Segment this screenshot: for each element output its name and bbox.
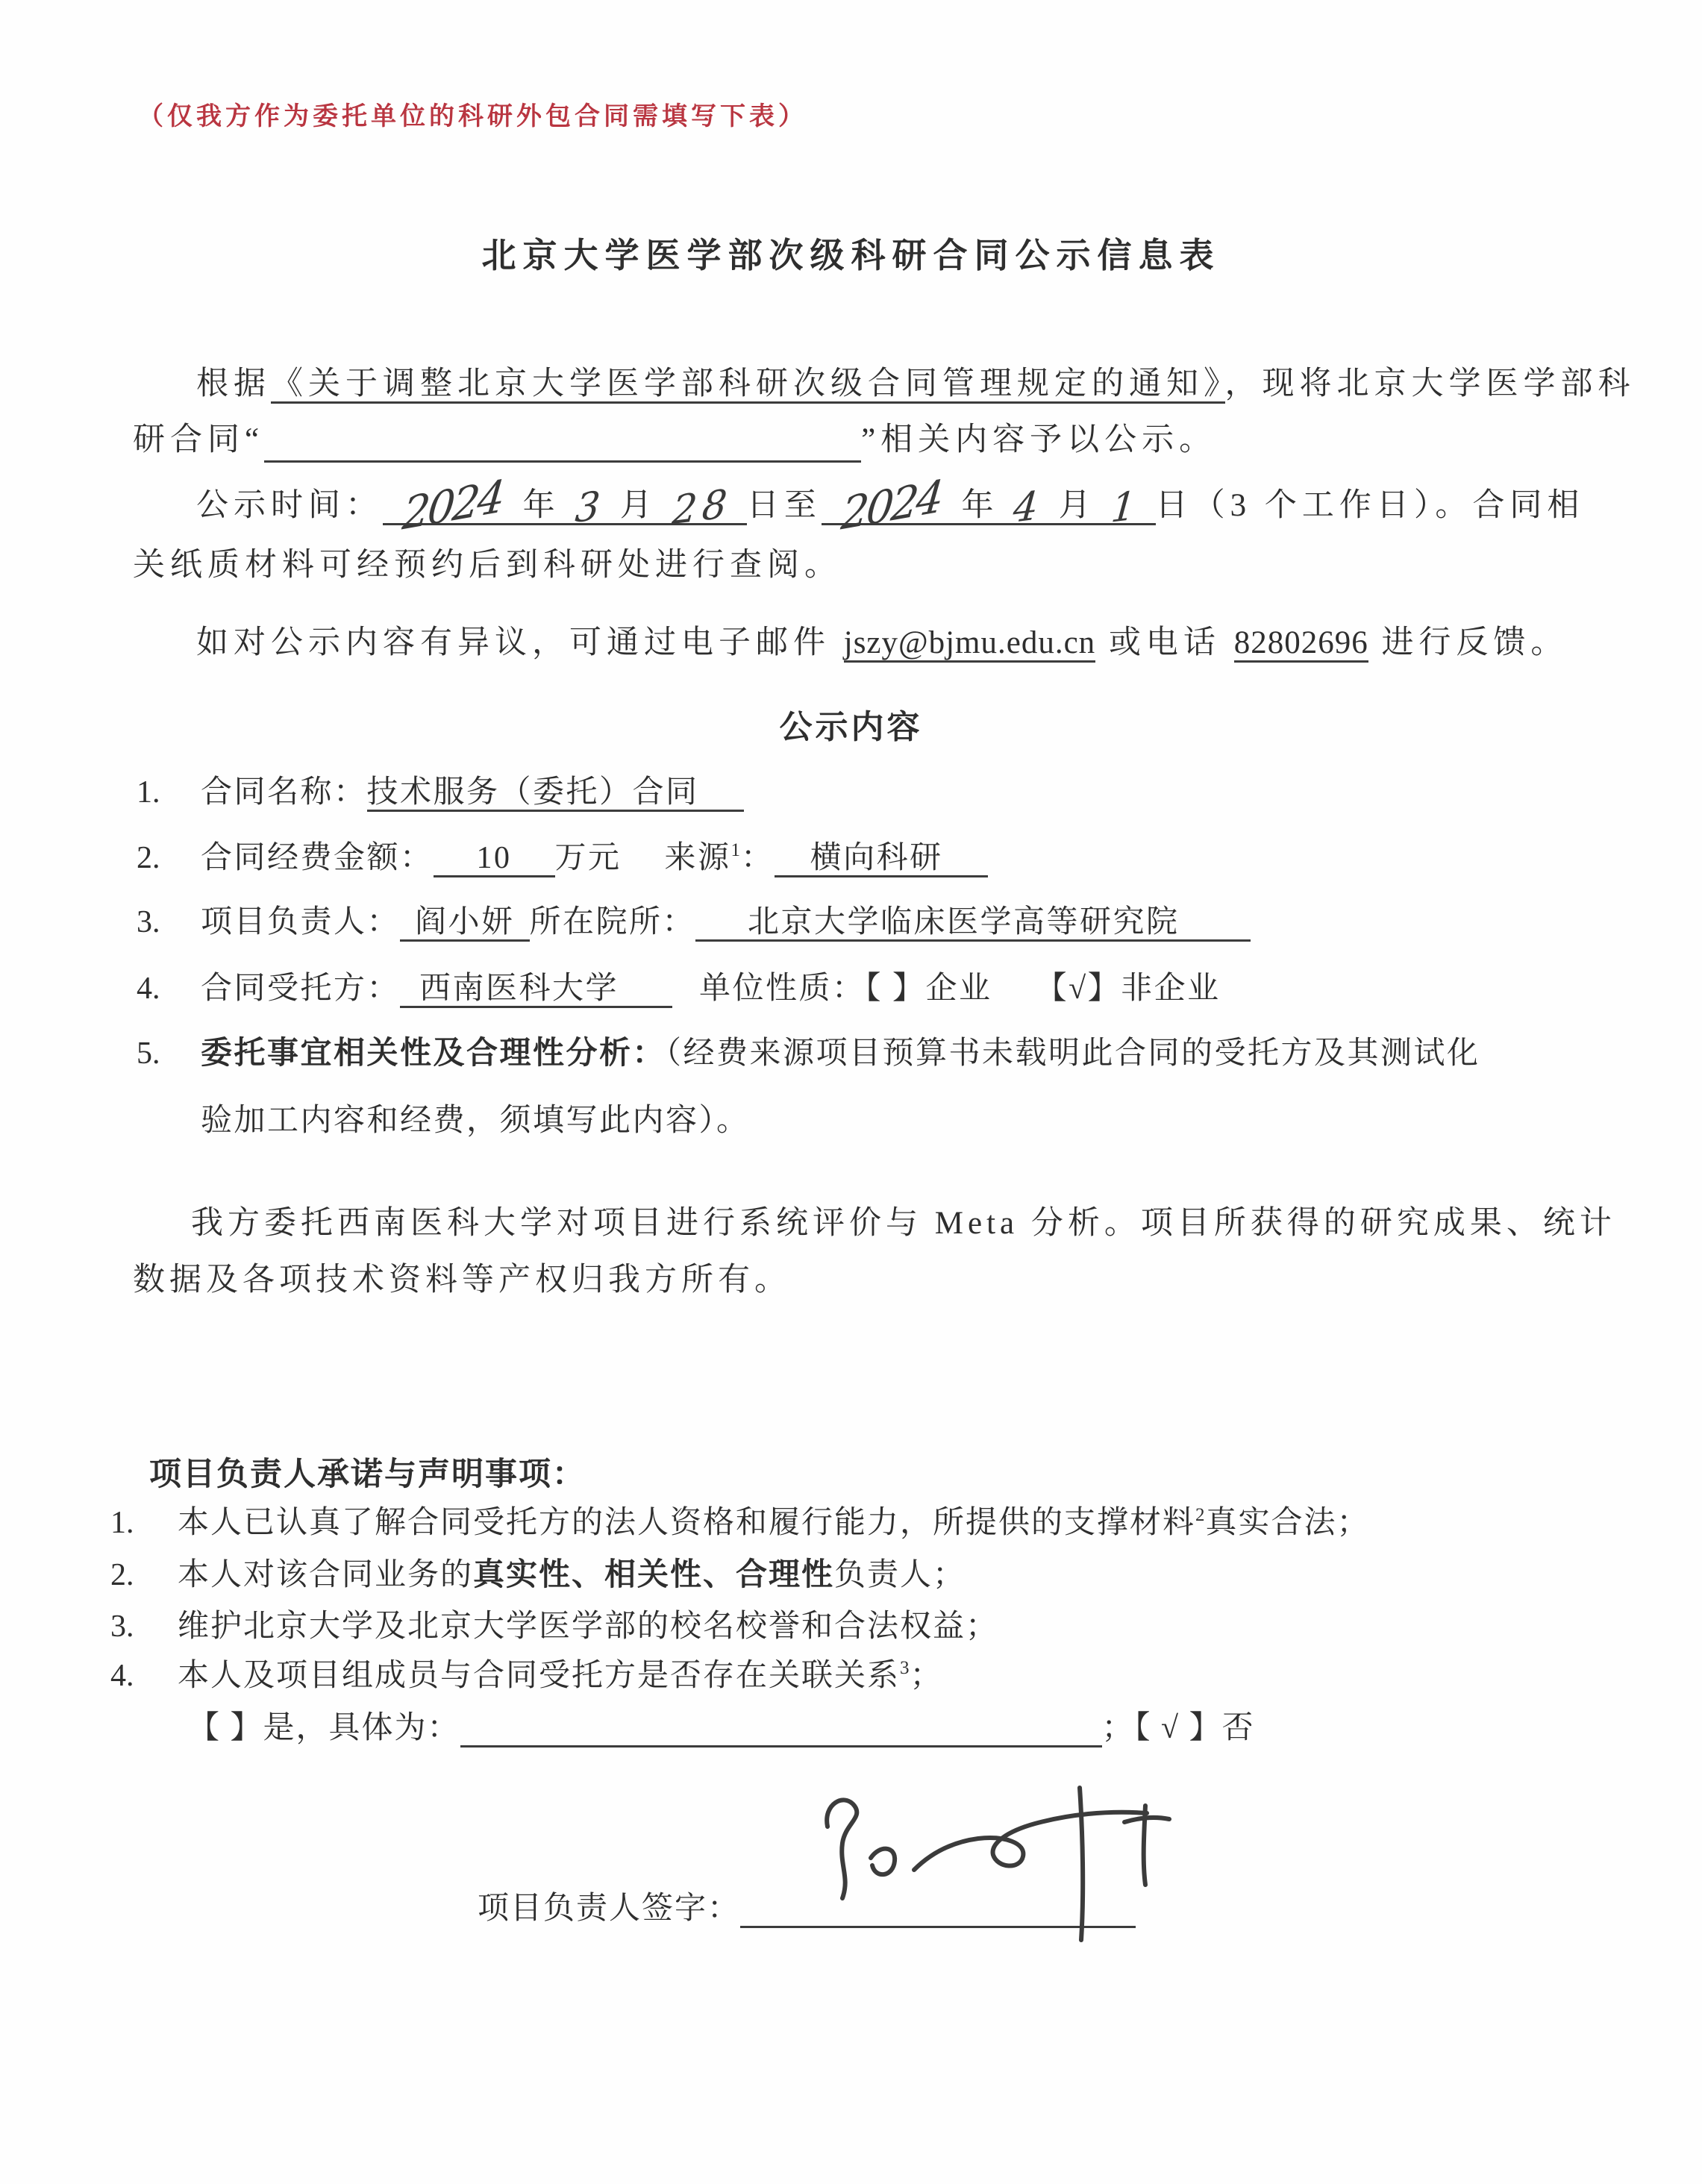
footnote-marker-3: 3 (900, 1658, 910, 1678)
decl-text-post: ； (910, 1659, 943, 1693)
item-label: 项目负责人： (201, 905, 400, 939)
signature-stroke (1080, 1788, 1083, 1940)
analysis-text-1: 我方委托西南医科大学对项目进行系统评价与 Meta 分析。项目所获得的研究成果、… (191, 1206, 1616, 1241)
handwritten-start-month: 3 (574, 492, 606, 523)
handwritten-end-month: 4 (1013, 492, 1045, 523)
publicity-period-line: 公示时间：2024年3月28日至2024年4月1日（3 个工作日）。合同相 (133, 484, 1584, 528)
source-value: 横向科研 (775, 841, 988, 877)
document-title: 北京大学医学部次级科研合同公示信息表 (0, 228, 1702, 278)
decl-number: 2. (110, 1557, 178, 1593)
checkbox-no-option-checked: 【 √ 】否 (1135, 1711, 1255, 1745)
relation-semicolon: ； (1102, 1711, 1135, 1745)
decl-text: 维护北京大学及北京大学医学部的校名校誉和合法权益； (178, 1609, 998, 1644)
intro-line2-prefix: 研合同“ (133, 422, 264, 457)
handwritten-end-year: 2024 (840, 483, 942, 528)
pi-name: 阎小妍 (400, 905, 530, 942)
feedback-prefix: 如对公示内容有异议，可通过电子邮件 (196, 625, 844, 660)
declaration-4: 4.本人及项目组成员与合同受托方是否存在关联关系3； (110, 1650, 943, 1695)
declaration-1: 1.本人已认真了解合同受托方的法人资格和履行能力，所提供的支撑材料2真实合法； (110, 1498, 1370, 1542)
day-to-text: 日至 (747, 488, 822, 523)
feedback-line: 如对公示内容有异议，可通过电子邮件 jszy@bjmu.edu.cn 或电话 8… (133, 621, 1568, 666)
decl-text: 本人已认真了解合同受托方的法人资格和履行能力，所提供的支撑材料 (178, 1506, 1195, 1540)
source-colon: ： (741, 841, 775, 875)
signature-stroke (871, 1849, 895, 1874)
red-instruction-note: （仅我方作为委托单位的科研外包合同需填写下表） (138, 96, 807, 132)
relation-detail-blank (460, 1709, 1102, 1747)
handwritten-start-year: 2024 (401, 483, 504, 528)
period-end-underline: 2024年4月1 (822, 488, 1156, 525)
item-analysis-note-line2: 验加工内容和经费，须填写此内容）。 (201, 1095, 750, 1140)
item-label: 合同经费金额： (201, 841, 434, 875)
signature-label: 项目负责人签字： (478, 1892, 740, 1926)
intro-line2-suffix: ”相关内容予以公示。 (861, 422, 1216, 457)
decl-text-post: 负责人； (834, 1558, 966, 1592)
item-number: 3. (137, 904, 201, 940)
signature-stroke (914, 1812, 1147, 1870)
dept-value: 北京大学临床医学高等研究院 (695, 905, 1251, 942)
contractor-value: 西南医科大学 (400, 971, 672, 1008)
nature-label: 单位性质： (699, 971, 866, 1006)
relation-checkbox-line: 【 】是，具体为：；【 √ 】否 (188, 1703, 1255, 1747)
section-title: 公示内容 (0, 700, 1702, 748)
item-number: 5. (137, 1036, 201, 1071)
item-contract-name: 1.合同名称：技术服务（委托）合同 (137, 767, 744, 812)
scanned-form-page: （仅我方作为委托单位的科研外包合同需填写下表） 北京大学医学部次级科研合同公示信… (0, 0, 1702, 2184)
amount-unit: 万元 (555, 841, 622, 875)
notice-title-underlined: 《关于调整北京大学医学部科研次级合同管理规定的通知》 (271, 366, 1225, 404)
source-label: 来源 (665, 841, 731, 875)
decl-number: 1. (110, 1505, 178, 1541)
contract-name-value: 技术服务（委托）合同 (367, 775, 744, 812)
decl-text: 本人对该合同业务的 (178, 1558, 473, 1592)
item-analysis-note-line1: （经费来源项目预算书未载明此合同的受托方及其测试化 (666, 1036, 1480, 1071)
decl-text-post: 真实合法； (1206, 1506, 1370, 1540)
decl-text-bold: 真实性、相关性、合理性 (473, 1558, 834, 1592)
feedback-mid: 或电话 (1095, 625, 1234, 660)
decl-text: 本人及项目组成员与合同受托方是否存在关联关系 (178, 1659, 900, 1693)
handwritten-end-day: 1 (1110, 492, 1142, 523)
checkbox-non-enterprise-checked: 【√】非企业 (1036, 971, 1221, 1006)
signature-stroke (827, 1800, 857, 1898)
declaration-2: 2.本人对该合同业务的真实性、相关性、合理性负责人； (110, 1550, 966, 1595)
feedback-suffix: 进行反馈。 (1368, 625, 1568, 660)
month-unit: 月 (1059, 488, 1096, 523)
footnote-marker-1: 1 (731, 840, 742, 860)
intro-line-1: 根据《关于调整北京大学医学部科研次级合同管理规定的通知》，现将北京大学医学部科 (133, 362, 1636, 407)
item-label: 委托事宜相关性及合理性分析： (201, 1036, 666, 1071)
declaration-3: 3.维护北京大学及北京大学医学部的校名校誉和合法权益； (110, 1601, 998, 1646)
signature-handwriting (802, 1774, 1190, 1946)
item-contractor: 4.合同受托方：西南医科大学单位性质：【 】企业【√】非企业 (137, 963, 1221, 1008)
signature-stroke (1144, 1806, 1145, 1885)
decl-number: 3. (110, 1609, 178, 1645)
analysis-line-1: 我方委托西南医科大学对项目进行系统评价与 Meta 分析。项目所获得的研究成果、… (133, 1201, 1616, 1246)
period-tail: （3 个工作日）。合同相 (1193, 488, 1585, 523)
footnote-marker-2: 2 (1195, 1505, 1206, 1525)
contract-name-blank (264, 425, 861, 463)
publicity-period-line-2: 关纸质材料可经预约后到科研处进行查阅。 (133, 543, 842, 588)
checkbox-enterprise: 【 】企业 (866, 971, 992, 1006)
year-unit: 年 (961, 488, 998, 523)
item-contract-amount: 2.合同经费金额：10万元来源1：横向科研 (137, 833, 988, 877)
item-label: 合同受托方： (201, 971, 400, 1006)
item-number: 2. (137, 840, 201, 876)
intro-lead: 根据 (196, 366, 271, 401)
dept-label: 所在院所： (530, 905, 696, 939)
item-analysis: 5.委托事宜相关性及合理性分析：（经费来源项目预算书未载明此合同的受托方及其测试… (137, 1028, 1480, 1073)
period-start-underline: 2024年3月28 (383, 488, 747, 525)
item-number: 1. (137, 775, 201, 810)
year-unit: 年 (523, 488, 560, 523)
intro-after: ，现将北京大学医学部科 (1225, 366, 1636, 401)
analysis-line-2: 数据及各项技术资料等产权归我方所有。 (133, 1258, 791, 1303)
commitment-heading: 项目负责人承诺与声明事项： (149, 1449, 586, 1495)
decl-number: 4. (110, 1658, 178, 1694)
period-label: 公示时间： (196, 488, 383, 523)
item-number: 4. (137, 971, 201, 1007)
intro-line-2: 研合同“”相关内容予以公示。 (133, 418, 1216, 463)
feedback-email: jszy@bjmu.edu.cn (844, 625, 1095, 663)
amount-value: 10 (434, 841, 555, 877)
handwritten-start-day: 28 (671, 490, 733, 525)
day-unit: 日 (1156, 488, 1193, 523)
item-principal-investigator: 3.项目负责人：阎小妍所在院所：北京大学临床医学高等研究院 (137, 897, 1251, 942)
item-label: 合同名称： (201, 775, 367, 810)
month-unit: 月 (620, 488, 657, 523)
checkbox-yes-option: 【 】是，具体为： (188, 1711, 460, 1745)
feedback-phone: 82802696 (1234, 625, 1368, 663)
